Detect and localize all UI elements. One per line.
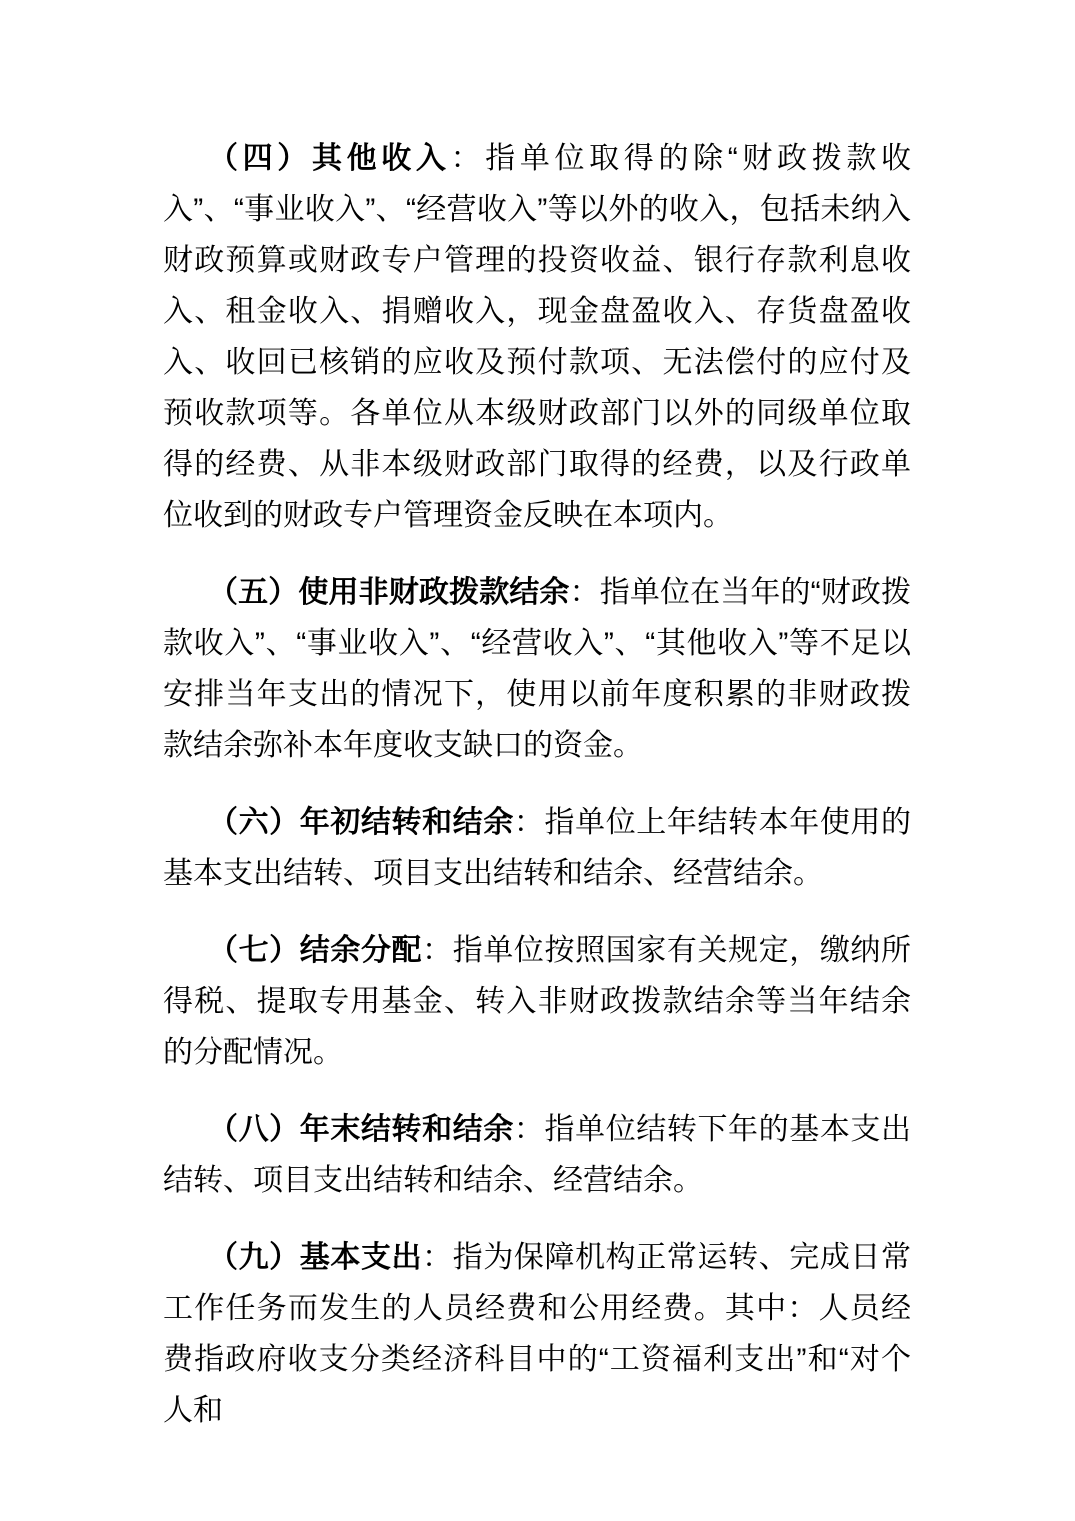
paragraph-surplus-distribution: （七）结余分配：指单位按照国家有关规定，缴纳所得税、提取专用基金、转入非财政拨款… xyxy=(163,925,911,1078)
document-page: （四）其他收入：指单位取得的除“财政拨款收入”、“事业收入”、“经营收入”等以外… xyxy=(0,0,1075,1521)
paragraph-year-end-balance: （八）年末结转和结余：指单位结转下年的基本支出结转、项目支出结转和结余、经营结余… xyxy=(163,1104,911,1206)
paragraph-other-income: （四）其他收入：指单位取得的除“财政拨款收入”、“事业收入”、“经营收入”等以外… xyxy=(163,133,911,541)
paragraph-body: ：指单位取得的除“财政拨款收入”、“事业收入”、“经营收入”等以外的收入，包括未… xyxy=(163,142,911,532)
paragraph-label: （八）年末结转和结余 xyxy=(208,1113,514,1146)
paragraph-basic-expenditure: （九）基本支出：指为保障机构正常运转、完成日常工作任务而发生的人员经费和公用经费… xyxy=(163,1232,911,1436)
paragraph-label: （四）其他收入 xyxy=(208,142,451,175)
paragraph-label: （七）结余分配 xyxy=(208,934,422,967)
paragraph-use-of-non-fiscal-surplus: （五）使用非财政拨款结余：指单位在当年的“财政拨款收入”、“事业收入”、“经营收… xyxy=(163,567,911,771)
paragraph-beginning-year-balance: （六）年初结转和结余：指单位上年结转本年使用的基本支出结转、项目支出结转和结余、… xyxy=(163,797,911,899)
paragraph-label: （九）基本支出 xyxy=(208,1241,422,1274)
paragraph-label: （五）使用非财政拨款结余 xyxy=(208,576,570,609)
paragraph-label: （六）年初结转和结余 xyxy=(208,806,514,839)
